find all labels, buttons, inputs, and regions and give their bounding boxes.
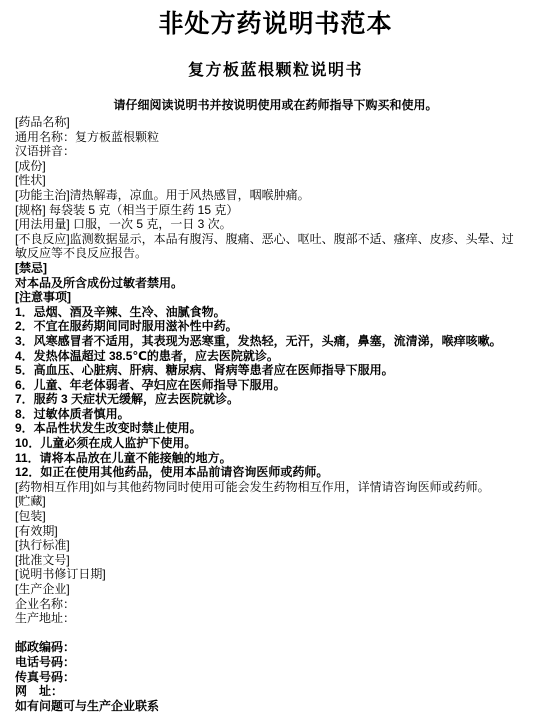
document-body: [药品名称]通用名称：复方板蓝根颗粒汉语拼音：[成份][性状][功能主治]清热解…: [0, 115, 551, 713]
document-line: [禁忌]: [15, 261, 543, 276]
document-line: 传真号码：: [15, 670, 543, 685]
document-line: 10．儿童必须在成人监护下使用。: [15, 436, 543, 451]
usage-notice: 请仔细阅读说明书并按说明使用或在药师指导下购买和使用。: [0, 98, 551, 112]
document-line: [贮藏]: [15, 494, 543, 509]
document-line: 4．发热体温超过 38.5℃的患者，应去医院就诊。: [15, 349, 543, 364]
document-line: 通用名称：复方板蓝根颗粒: [15, 130, 543, 145]
document-line: 5．高血压、心脏病、肝病、糖尿病、肾病等患者应在医师指导下服用。: [15, 363, 543, 378]
document-line: 对本品及所含成份过敏者禁用。: [15, 276, 543, 291]
document-line: 6．儿童、年老体弱者、孕妇应在医师指导下服用。: [15, 378, 543, 393]
drug-leaflet-page: 非处方药说明书范本 复方板蓝根颗粒说明书 请仔细阅读说明书并按说明使用或在药师指…: [0, 0, 551, 725]
document-line: 生产地址：: [15, 611, 543, 626]
document-line: 邮政编码：: [15, 640, 543, 655]
document-line: 如有问题可与生产企业联系: [15, 699, 543, 714]
document-line: 3．风寒感冒者不适用，其表现为恶寒重，发热轻，无汗，头痛，鼻塞，流清涕，喉痒咳嗽…: [15, 334, 543, 349]
document-line: 7．服药 3 天症状无缓解，应去医院就诊。: [15, 392, 543, 407]
leaflet-subtitle: 复方板蓝根颗粒说明书: [0, 61, 551, 81]
document-line: [用法用量] 口服，一次 5 克，一日 3 次。: [15, 217, 543, 232]
document-line: 电话号码：: [15, 655, 543, 670]
document-line: 9．本品性状发生改变时禁止使用。: [15, 421, 543, 436]
document-line: [包装]: [15, 509, 543, 524]
document-line: [批准文号]: [15, 553, 543, 568]
document-line: [性状]: [15, 173, 543, 188]
document-line: 8．过敏体质者慎用。: [15, 407, 543, 422]
document-line: 网 址：: [15, 684, 543, 699]
document-line: [规格] 每袋装 5 克（相当于原生药 15 克）: [15, 203, 543, 218]
document-line: [说明书修订日期]: [15, 567, 543, 582]
document-line: 企业名称：: [15, 597, 543, 612]
document-line: 1．忌烟、酒及辛辣、生冷、油腻食物。: [15, 305, 543, 320]
document-line: 汉语拼音：: [15, 144, 543, 159]
document-line: [药品名称]: [15, 115, 543, 130]
document-line: [不良反应]监测数据显示，本品有腹泻、腹痛、恶心、呕吐、腹部不适、瘙痒、皮疹、头…: [15, 232, 543, 247]
page-title: 非处方药说明书范本: [0, 0, 551, 39]
document-line: [功能主治]清热解毒，凉血。用于风热感冒，咽喉肿痛。: [15, 188, 543, 203]
document-line: 12．如正在使用其他药品，使用本品前请咨询医师或药师。: [15, 465, 543, 480]
document-line: 2．不宜在服药期间同时服用滋补性中药。: [15, 319, 543, 334]
document-line: [执行标准]: [15, 538, 543, 553]
document-line: [15, 626, 543, 641]
document-line: [药物相互作用]如与其他药物同时使用可能会发生药物相互作用，详情请咨询医师或药师…: [15, 480, 543, 495]
document-line: 敏反应等不良反应报告。: [15, 246, 543, 261]
document-line: [注意事项]: [15, 290, 543, 305]
document-line: [有效期]: [15, 524, 543, 539]
document-line: 11．请将本品放在儿童不能接触的地方。: [15, 451, 543, 466]
document-line: [生产企业]: [15, 582, 543, 597]
document-line: [成份]: [15, 159, 543, 174]
